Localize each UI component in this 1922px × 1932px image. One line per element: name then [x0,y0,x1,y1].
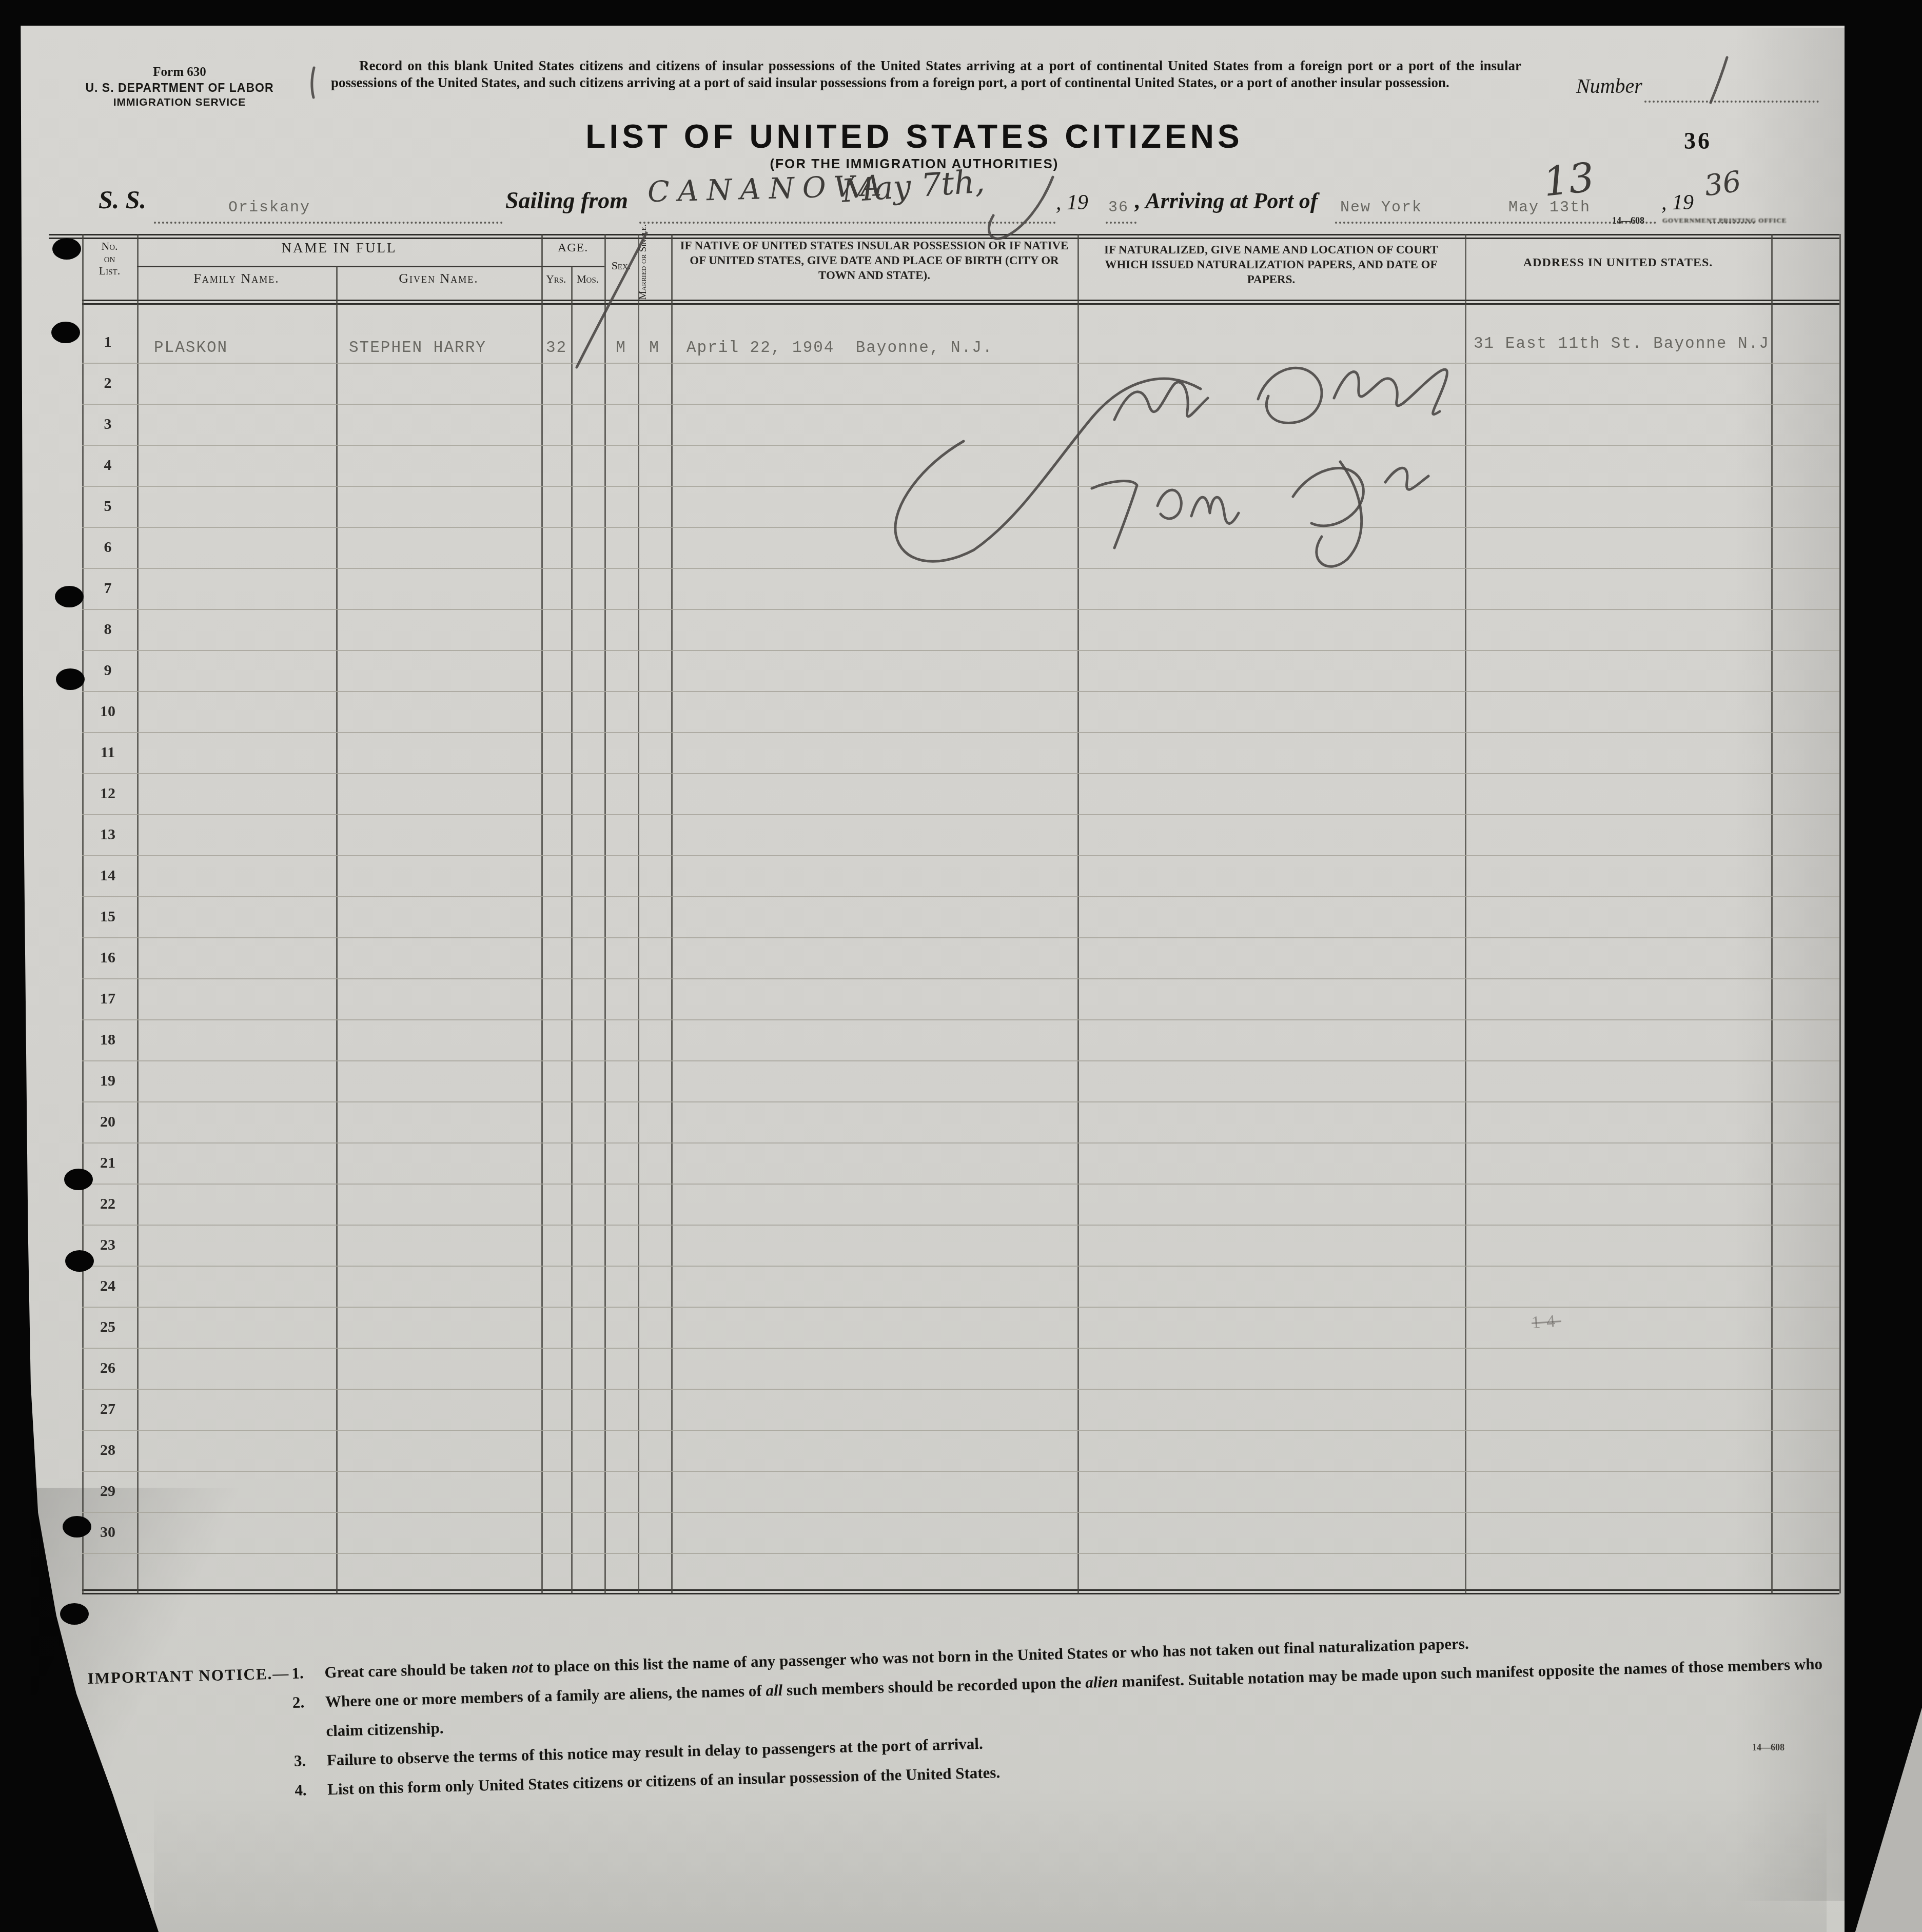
row-line [82,1225,1839,1226]
row-line [82,896,1839,897]
row-number: 21 [86,1152,129,1174]
entry-sex: M [604,337,638,360]
row-number: 24 [86,1275,129,1297]
punch-hole [55,586,84,607]
row-line [82,855,1839,856]
header-no-on-list: No. on List. [83,240,136,277]
row-line [82,1142,1839,1144]
row-line [82,1101,1839,1102]
row-number: 23 [86,1234,129,1256]
dotted-fill-line [1644,101,1819,103]
row-line [82,732,1839,733]
row-line [82,691,1839,692]
row-number: 13 [86,824,129,845]
number-label: Number [1576,75,1642,97]
row-line [82,814,1839,815]
punch-hole [52,238,81,260]
row-number: 28 [86,1440,129,1461]
scanned-manifest-page: Form 630 U. S. DEPARTMENT OF LABOR IMMIG… [0,0,1922,1932]
column-line [1839,234,1841,1593]
row-line [82,1512,1839,1513]
punch-hole [65,1250,94,1272]
notice-item-number: 3. [293,1746,306,1776]
row-line [82,1019,1839,1020]
arriving-label: , Arriving at Port of [1135,189,1318,213]
row-line [82,1184,1839,1185]
entry-given-name: STEPHEN HARRY [349,337,486,360]
entry-age-yrs: 32 [542,337,571,360]
faint-crossed-note: 14 [1531,1311,1562,1333]
header-family-name: Family Name. [137,271,336,286]
page-title: LIST OF UNITED STATES CITIZENS [514,119,1315,154]
dotted-fill-line [1106,222,1136,224]
row-line [82,650,1839,651]
row-line [82,1553,1839,1554]
row-number: 14 [86,865,129,886]
dotted-fill-line [154,222,503,224]
entry-family-name: PLASKON [154,337,228,360]
form-number: Form 630 [69,65,290,80]
subcolumn-line [571,266,573,1593]
sailing-year-typed: 36 [1108,199,1129,216]
row-line [82,404,1839,405]
department-name: U. S. DEPARTMENT OF LABOR [69,80,290,95]
row-number: 12 [86,783,129,804]
ss-label: S. S. [99,186,146,213]
arrival-port-typed: New York [1340,199,1422,216]
header-yrs: Yrs. [541,273,571,285]
ship-name-typed: Oriskany [228,199,310,216]
row-number: 6 [86,537,129,558]
row-number: 7 [86,578,129,599]
header-mos: Mos. [571,273,604,285]
notice-item-number: 1. [291,1658,304,1688]
row-number: 2 [86,372,129,394]
entry-married-or-single: M [638,337,671,360]
punch-hole [56,668,85,690]
row-line [82,1307,1839,1308]
entry-birth: April 22, 1904 Bayonne, N.J. [687,337,993,360]
row-line [82,609,1839,610]
form-id-block: Form 630 U. S. DEPARTMENT OF LABOR IMMIG… [69,65,290,110]
row-number: 8 [86,619,129,640]
row-number: 3 [86,413,129,435]
table-rule [82,1593,1839,1594]
notice-item-number: 2. [292,1687,305,1717]
row-line [82,363,1839,364]
punch-hole [63,1516,91,1537]
year-prefix-sailing: , 19 [1056,191,1088,214]
table-rule [82,300,1839,301]
entry-address: 31 East 11th St. Bayonne N.J [1474,332,1770,356]
row-line [82,1348,1839,1349]
dotted-fill-line [1335,222,1656,224]
service-name: IMMIGRATION SERVICE [69,95,290,110]
row-number: 16 [86,947,129,969]
row-number: 20 [86,1111,129,1133]
row-number: 15 [86,906,129,928]
row-line [82,1471,1839,1472]
notice-label: IMPORTANT NOTICE.— [87,1659,290,1693]
row-number: 10 [86,701,129,722]
header-name-in-full: NAME IN FULL [137,240,541,255]
row-line [82,773,1839,774]
sailing-from-label: Sailing from [505,188,628,213]
header-subrule [137,266,604,267]
header-married-or-single: Married or Single. [638,237,671,300]
row-number: 4 [86,455,129,476]
row-number: 19 [86,1070,129,1092]
punch-hole [51,322,80,343]
row-number: 17 [86,988,129,1010]
row-number: 1 [86,331,129,353]
row-line [82,486,1839,487]
header-age: AGE. [541,241,604,254]
row-line [82,1430,1839,1431]
dotted-fill-line [1710,222,1755,224]
arrival-year-handwritten: 36 [1702,165,1743,203]
row-line [82,568,1839,569]
page-number-stamp: 36 [1684,128,1712,154]
row-line [82,527,1839,528]
header-address: ADDRESS IN UNITED STATES. [1470,255,1766,270]
notice-item-number: 4. [295,1775,307,1805]
row-number: 29 [86,1481,129,1502]
form-instructions: Record on this blank United States citiz… [331,57,1521,91]
row-number: 30 [86,1522,129,1543]
row-line [82,1060,1839,1061]
table-rule [49,234,1839,235]
punch-hole [64,1169,93,1190]
arrival-day-handwritten: 13 [1541,154,1597,206]
row-number: 5 [86,496,129,517]
dotted-fill-line [639,222,1056,224]
row-number: 18 [86,1029,129,1051]
row-number: 27 [86,1398,129,1420]
row-line [82,937,1839,938]
row-number: 22 [86,1193,129,1215]
header-sex: Sex. [604,260,638,272]
row-number: 11 [86,742,129,763]
row-number: 25 [86,1316,129,1338]
row-line [82,1389,1839,1390]
row-number: 9 [86,660,129,681]
row-number: 26 [86,1357,129,1379]
print-code-bottom: 14—608 [1752,1742,1784,1752]
subcolumn-line [336,266,338,1593]
row-line [82,1266,1839,1267]
table-rule [82,1589,1839,1591]
row-line [82,978,1839,979]
header-naturalized: IF NATURALIZED, GIVE NAME AND LOCATION O… [1083,242,1460,287]
punch-hole [60,1603,89,1625]
header-given-name: Given Name. [336,271,541,286]
header-birth: IF NATIVE OF UNITED STATES INSULAR POSSE… [676,238,1072,283]
table-rule [82,303,1839,305]
year-prefix-arrival: , 19 [1661,191,1694,214]
print-code-top: 14—608 [1612,215,1644,226]
row-line [82,445,1839,446]
